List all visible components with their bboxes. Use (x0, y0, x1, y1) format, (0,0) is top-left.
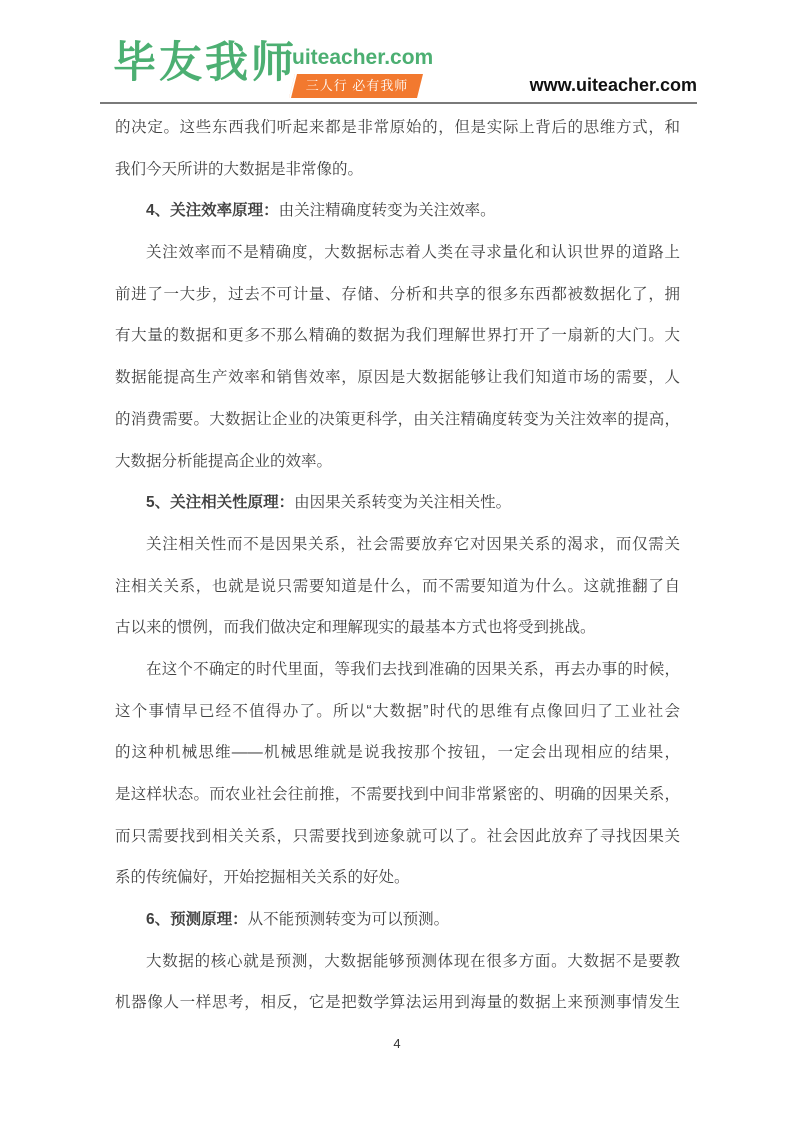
text-line: 我们今天所讲的大数据是非常像的。 (115, 149, 680, 191)
header-divider (100, 102, 697, 104)
text-line: 这个事情早已经不值得办了。所以“大数据”时代的思维有点像回归了工业社会 (115, 691, 680, 733)
text-line: 机器像人一样思考，相反，它是把数学算法运用到海量的数据上来预测事情发生 (115, 982, 680, 1024)
text-line: 大数据分析能提高企业的效率。 (115, 441, 680, 483)
text-line: 的决定。这些东西我们听起来都是非常原始的，但是实际上背后的思维方式，和 (115, 107, 680, 149)
text-line: 大数据的核心就是预测，大数据能够预测体现在很多方面。大数据不是要教 (115, 941, 680, 983)
document-body: 的决定。这些东西我们听起来都是非常原始的，但是实际上背后的思维方式，和我们今天所… (115, 107, 680, 1024)
text-line: 注相关关系，也就是说只需要知道是什么，而不需要知道为什么。这就推翻了自 (115, 566, 680, 608)
text-line: 的这种机械思维——机械思维就是说我按那个按钮，一定会出现相应的结果， (115, 732, 680, 774)
heading-line: 5、关注相关性原理：由因果关系转变为关注相关性。 (115, 482, 680, 524)
document-page: 毕友我师 uiteacher.com 三人行 必有我师 www.uiteache… (0, 0, 794, 1123)
brand-slogan-text: 三人行 必有我师 (294, 74, 420, 98)
page-number: 4 (0, 1036, 794, 1051)
text-line: 关注相关性而不是因果关系，社会需要放弃它对因果关系的渴求，而仅需关 (115, 524, 680, 566)
text-line: 而只需要找到相关关系，只需要找到迹象就可以了。社会因此放弃了寻找因果关 (115, 816, 680, 858)
brand-logo-domain: uiteacher.com (292, 47, 433, 68)
brand-slogan-banner: 三人行 必有我师 (289, 74, 423, 98)
heading-label: 5、关注相关性原理： (146, 494, 294, 511)
text-line: 有大量的数据和更多不那么精确的数据为我们理解世界打开了一扇新的大门。大 (115, 315, 680, 357)
text-line: 系的传统偏好，开始挖掘相关关系的好处。 (115, 857, 680, 899)
website-url: www.uiteacher.com (530, 76, 697, 94)
heading-label: 6、预测原理： (146, 911, 248, 928)
text-line: 在这个不确定的时代里面，等我们去找到准确的因果关系，再去办事的时候， (115, 649, 680, 691)
text-line: 前进了一大步，过去不可计量、存储、分析和共享的很多东西都被数据化了，拥 (115, 274, 680, 316)
heading-label: 4、关注效率原理： (146, 202, 279, 219)
text-line: 数据能提高生产效率和销售效率，原因是大数据能够让我们知道市场的需要，人 (115, 357, 680, 399)
heading-line: 6、预测原理：从不能预测转变为可以预测。 (115, 899, 680, 941)
text-line: 是这样状态。而农业社会往前推，不需要找到中间非常紧密的、明确的因果关系， (115, 774, 680, 816)
heading-line: 4、关注效率原理：由关注精确度转变为关注效率。 (115, 190, 680, 232)
text-line: 古以来的惯例，而我们做决定和理解现实的最基本方式也将受到挑战。 (115, 607, 680, 649)
brand-logo-text: 毕友我师 (113, 42, 297, 85)
text-line: 的消费需要。大数据让企业的决策更科学，由关注精确度转变为关注效率的提高， (115, 399, 680, 441)
text-line: 关注效率而不是精确度，大数据标志着人类在寻求量化和认识世界的道路上 (115, 232, 680, 274)
